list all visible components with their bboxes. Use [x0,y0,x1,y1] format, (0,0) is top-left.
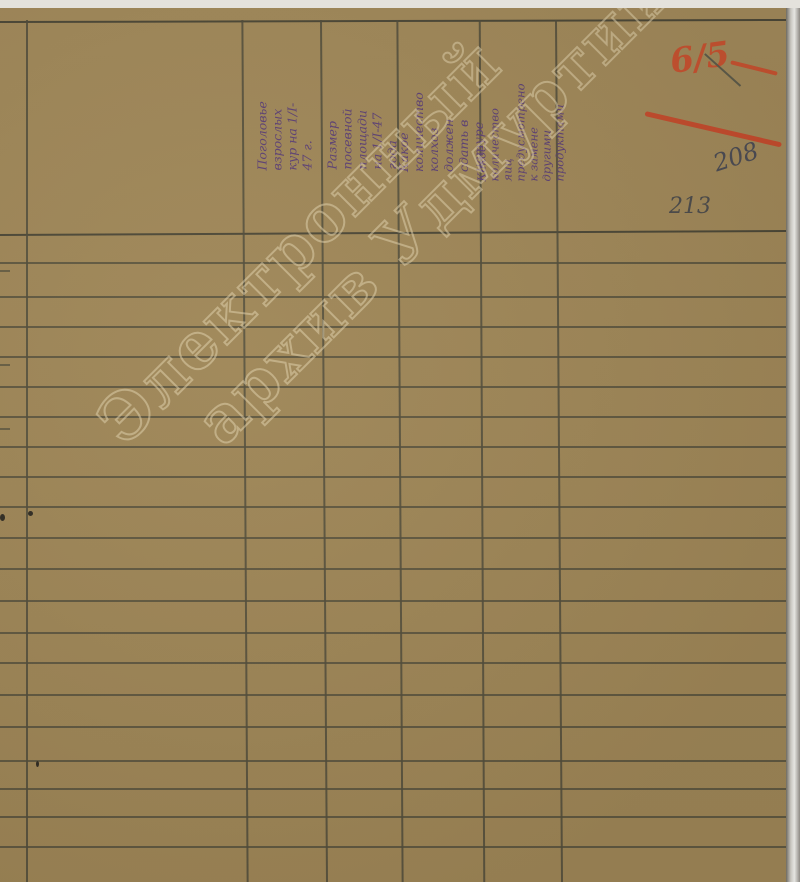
row-line [0,694,786,696]
scan-right-edge [786,8,800,882]
margin-tick [0,270,10,272]
row-line [0,356,786,358]
ledger-page: Поголовье взрослых кур на 1/I-47 г. Разм… [0,8,786,882]
row-line [0,726,786,728]
red-folio-dash [730,60,778,75]
row-line [0,846,786,848]
column-header-hens: Поголовье взрослых кур на 1/I-47 г. [246,26,323,238]
row-line [0,326,786,328]
column-header-sown-area: Размер посевной площади на 1/I-47 года [325,26,399,238]
row-line [0,662,786,664]
row-line [0,816,786,818]
row-line [0,632,786,634]
row-line [0,760,786,762]
header-text-egg-replacement: Какое количество яиц предусмотрено к зам… [475,83,566,181]
row-line [0,476,786,478]
column-divider-1 [26,20,28,882]
row-line [0,416,786,418]
row-line [0,446,786,448]
red-strike-line [644,111,782,147]
row-line [0,788,786,790]
margin-tick [0,364,10,366]
header-text-delivery: Какое количество колхоз должен сдать в н… [396,92,486,172]
row-line [0,568,786,570]
header-text-hens: Поголовье взрослых кур на 1/I-47 г. [255,94,315,171]
row-line [0,506,786,508]
ink-speck [36,761,39,767]
column-header-egg-replacement: Какое количество яиц предусмотрено к зам… [483,26,558,238]
column-header-delivery: Какое количество колхоз должен сдать в н… [401,26,481,238]
pencil-old-folio-number: 208 [710,137,762,178]
ink-speck [28,511,33,516]
table-top-border [0,19,786,23]
row-line [0,600,786,602]
margin-tick [0,428,10,430]
row-line [0,537,786,539]
red-folio-number: 6/5 [668,34,733,82]
row-line [0,262,786,264]
pencil-folio-number: 213 [669,194,711,219]
row-line [0,296,786,298]
ink-speck [0,514,5,521]
row-line [0,386,786,388]
header-text-sown-area: Размер посевной площади на 1/I-47 года [325,95,400,169]
